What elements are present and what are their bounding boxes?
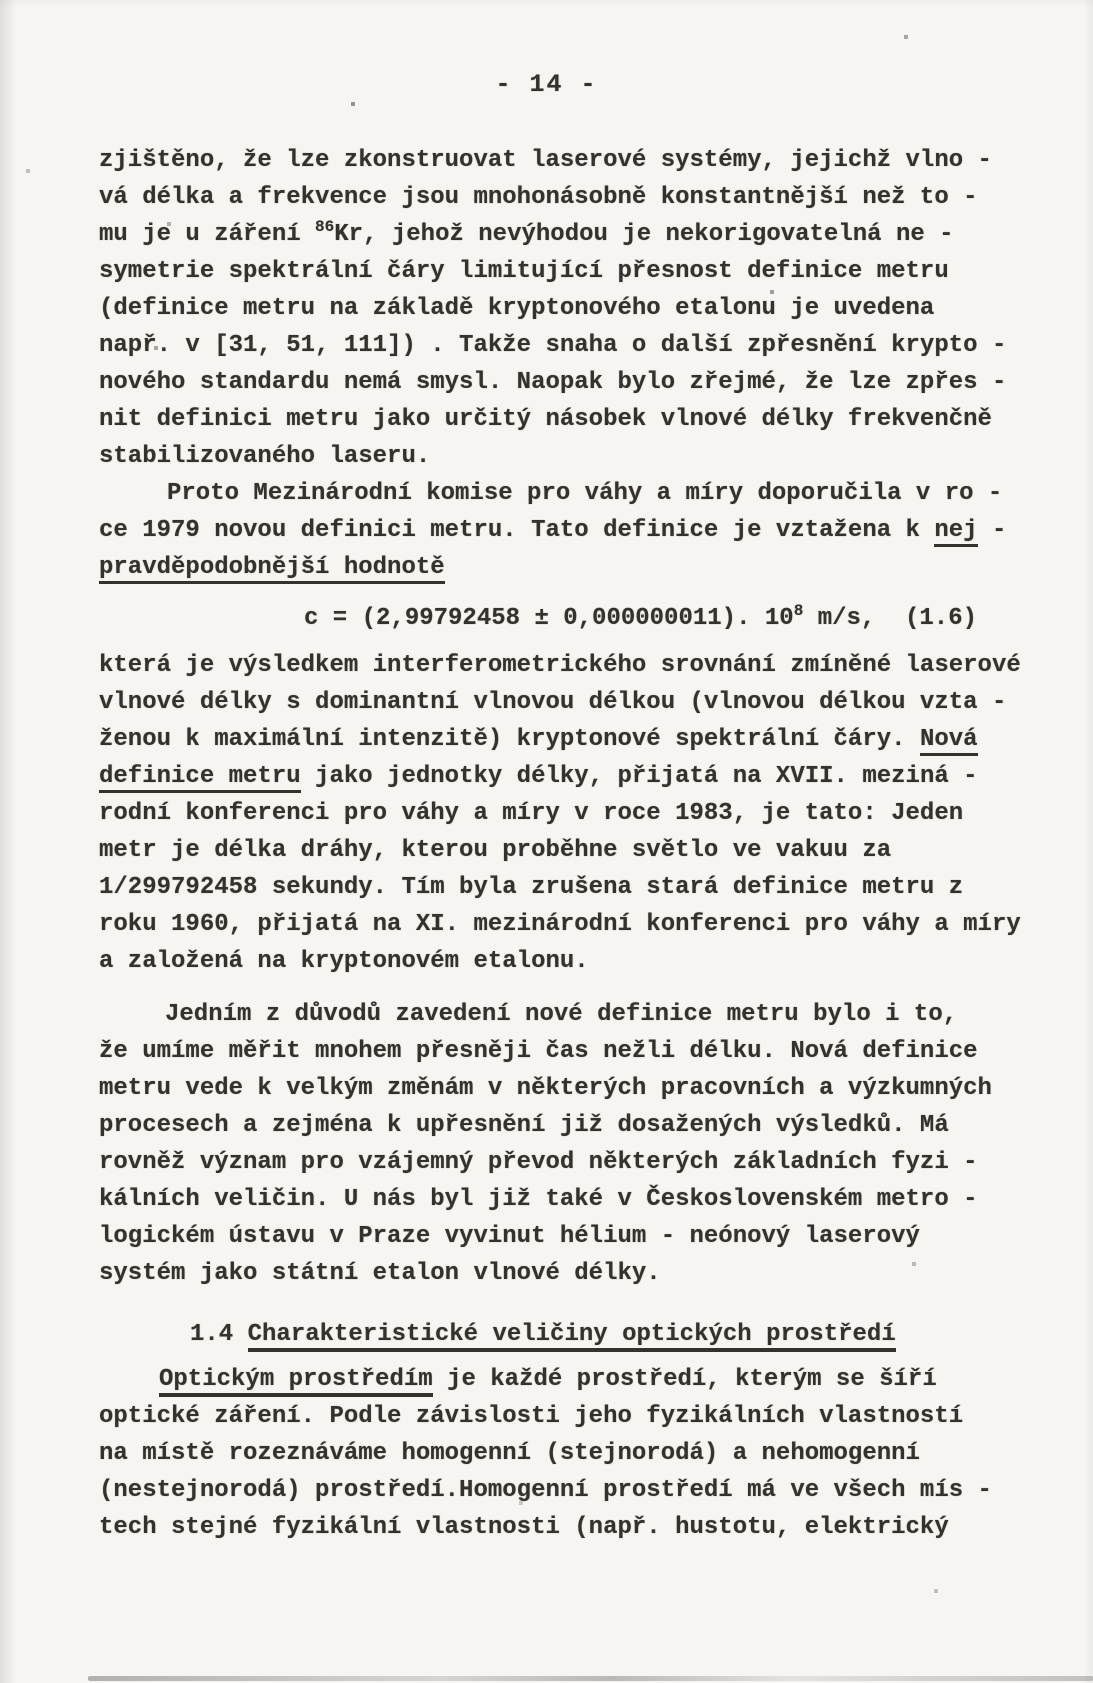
text-segment: nit definici metru jako určitý násobek v… xyxy=(99,406,992,433)
text-segment: Kr, jehož nevýhodou je nekorigovatelná n… xyxy=(334,221,953,248)
text-line: vlnové délky s dominantní vlnovou délkou… xyxy=(99,684,1011,721)
text-segment: jako jednotky délky, přijatá na XVII. me… xyxy=(301,763,978,790)
text-segment: optické záření. Podle závislosti jeho fy… xyxy=(99,1403,963,1430)
text-segment: mu je u záření xyxy=(99,221,315,248)
text-segment: Proto Mezinárodní komise pro váhy a míry… xyxy=(167,480,1002,507)
text-segment: m/s, xyxy=(803,605,875,632)
text-line: rovněž význam pro vzájemný převod někter… xyxy=(99,1144,1011,1181)
text-line: metru vede k velkým změnám v některých p… xyxy=(99,1070,1011,1107)
underlined-text: definice metru xyxy=(99,763,301,793)
text-segment: 1/299792458 sekundy. Tím byla zrušena st… xyxy=(99,874,963,901)
text-segment: kálních veličin. U nás byl již také v Če… xyxy=(99,1186,978,1213)
text-segment: metru vede k velkým změnám v některých p… xyxy=(99,1075,992,1102)
text-line: optické záření. Podle závislosti jeho fy… xyxy=(99,1398,1011,1435)
text-segment: rovněž význam pro vzájemný převod někter… xyxy=(99,1149,978,1176)
underlined-text: Charakteristické veličiny optických pros… xyxy=(248,1321,896,1352)
underlined-text: Nová xyxy=(920,726,978,756)
text-line: (definice metru na základě kryptonového … xyxy=(99,290,1011,327)
text-line: roku 1960, přijatá na XI. mezinárodní ko… xyxy=(99,906,1011,943)
text-segment: rodní konferenci pro váhy a míry v roce … xyxy=(99,800,963,827)
text-segment: systém jako státní etalon vlnové délky. xyxy=(99,1260,661,1287)
para-laser-systems: zjištěno, že lze zkonstruovat laserové s… xyxy=(99,142,1011,475)
text-segment: a založená na kryptonovém etalonu. xyxy=(99,948,589,975)
text-line: pravděpodobnější hodnotě xyxy=(99,549,1011,586)
equation-number: (1.6) xyxy=(905,600,977,637)
text-line: systém jako státní etalon vlnové délky. xyxy=(99,1255,1011,1292)
text-line: 1/299792458 sekundy. Tím byla zrušena st… xyxy=(99,869,1011,906)
text-line: tech stejné fyzikální vlastnosti (např. … xyxy=(99,1509,1011,1546)
text-segment: metr je délka dráhy, kterou proběhne svě… xyxy=(99,837,891,864)
text-line: metr je délka dráhy, kterou proběhne svě… xyxy=(99,832,1011,869)
underlined-text: pravděpodobnější hodnotě xyxy=(99,554,445,584)
text-segment: vá délka a frekvence jsou mnohonásobně k… xyxy=(99,184,978,211)
text-line: např. v [31, 51, 111]) . Takže snaha o d… xyxy=(99,327,1011,364)
text-segment: (definice metru na základě kryptonového … xyxy=(99,295,934,322)
text-line: že umíme měřit mnohem přesněji čas nežli… xyxy=(99,1033,1011,1070)
text-line: nit definici metru jako určitý násobek v… xyxy=(99,401,1011,438)
text-line: stabilizovaného laseru. xyxy=(99,438,1011,475)
text-line: definice metru jako jednotky délky, přij… xyxy=(99,758,1011,795)
text-segment: stabilizovaného laseru. xyxy=(99,443,430,470)
text-segment: symetrie spektrální čáry limitující přes… xyxy=(99,258,949,285)
text-segment: - xyxy=(978,517,1007,544)
text-line: procesech a zejména k upřesnění již dosa… xyxy=(99,1107,1011,1144)
document-body: zjištěno, že lze zkonstruovat laserové s… xyxy=(99,142,1011,1546)
text-segment: která je výsledkem interferometrického s… xyxy=(99,652,1021,679)
text-line: rodní konferenci pro váhy a míry v roce … xyxy=(99,795,1011,832)
underlined-text: Optickým prostředím xyxy=(159,1366,433,1397)
text-segment: logickém ústavu v Praze vyvinut hélium -… xyxy=(99,1223,920,1250)
text-line: mu je u záření 86Kr, jehož nevýhodou je … xyxy=(99,216,1011,253)
text-line: a založená na kryptonovém etalonu. xyxy=(99,943,1011,980)
underlined-text: nej xyxy=(934,517,977,547)
text-line: logickém ústavu v Praze vyvinut hélium -… xyxy=(99,1218,1011,1255)
text-segment: že umíme měřit mnohem přesněji čas nežli… xyxy=(99,1038,978,1065)
text-line: Jedním z důvodů zavedení nové definice m… xyxy=(99,996,1011,1033)
text-segment: 1.4 xyxy=(190,1321,248,1348)
section-heading-1-4: 1.4 Charakteristické veličiny optických … xyxy=(99,1316,1011,1353)
text-line: kálních veličin. U nás byl již také v Če… xyxy=(99,1181,1011,1218)
text-segment: ce 1979 novou definici metru. Tato defin… xyxy=(99,517,934,544)
text-segment: roku 1960, přijatá na XI. mezinárodní ko… xyxy=(99,911,1021,938)
text-line: Proto Mezinárodní komise pro váhy a míry… xyxy=(99,475,1011,512)
text-segment: tech stejné fyzikální vlastnosti (např. … xyxy=(99,1514,949,1541)
text-segment: zjištěno, že lze zkonstruovat laserové s… xyxy=(99,147,992,174)
text-line: ce 1979 novou definici metru. Tato defin… xyxy=(99,512,1011,549)
scan-artifact-strip xyxy=(88,1676,1093,1681)
text-segment: vlnové délky s dominantní vlnovou délkou… xyxy=(99,689,1006,716)
text-line: na místě rozeznáváme homogenní (stejnoro… xyxy=(99,1435,1011,1472)
text-segment: např. v [31, 51, 111]) . Takže snaha o d… xyxy=(99,332,1006,359)
text-line: zjištěno, že lze zkonstruovat laserové s… xyxy=(99,142,1011,179)
equation-speed-of-light: c = (2,99792458 ± 0,000000011). 108 m/s,… xyxy=(99,600,1011,637)
text-segment: na místě rozeznáváme homogenní (stejnoro… xyxy=(99,1440,920,1467)
scan-dust-specks xyxy=(0,0,2,2)
para-optical-medium: Optickým prostředím je každé prostředí, … xyxy=(99,1361,1011,1546)
text-line: 1.4 Charakteristické veličiny optických … xyxy=(99,1316,1011,1353)
text-segment: Jedním z důvodů zavedení nové definice m… xyxy=(165,1001,957,1028)
text-line: ženou k maximální intenzitě) kryptonové … xyxy=(99,721,1011,758)
text-line: Optickým prostředím je každé prostředí, … xyxy=(99,1361,1011,1398)
text-segment: procesech a zejména k upřesnění již dosa… xyxy=(99,1112,949,1139)
formula-line: c = (2,99792458 ± 0,000000011). 108 m/s,… xyxy=(99,600,1011,637)
text-segment: je každé prostředí, kterým se šíří xyxy=(433,1366,937,1393)
scanned-document-page: - 14 - zjištěno, že lze zkonstruovat las… xyxy=(0,0,1093,1683)
text-line: nového standardu nemá smysl. Naopak bylo… xyxy=(99,364,1011,401)
text-segment: ženou k maximální intenzitě) kryptonové … xyxy=(99,726,920,753)
para-1979-definition: Proto Mezinárodní komise pro váhy a míry… xyxy=(99,475,1011,586)
page-number: - 14 - xyxy=(0,70,1093,99)
text-line: která je výsledkem interferometrického s… xyxy=(99,647,1011,684)
text-segment: nového standardu nemá smysl. Naopak bylo… xyxy=(99,369,1006,396)
text-line: (nestejnorodá) prostředí.Homogenní prost… xyxy=(99,1472,1011,1509)
text-line: vá délka a frekvence jsou mnohonásobně k… xyxy=(99,179,1011,216)
para-reasons-for-definition: Jedním z důvodů zavedení nové definice m… xyxy=(99,996,1011,1292)
text-segment: (nestejnorodá) prostředí.Homogenní prost… xyxy=(99,1477,992,1504)
para-new-metre-definition: která je výsledkem interferometrického s… xyxy=(99,647,1011,980)
text-segment: c = (2,99792458 ± 0,000000011). 10 xyxy=(304,605,794,632)
text-line: symetrie spektrální čáry limitující přes… xyxy=(99,253,1011,290)
